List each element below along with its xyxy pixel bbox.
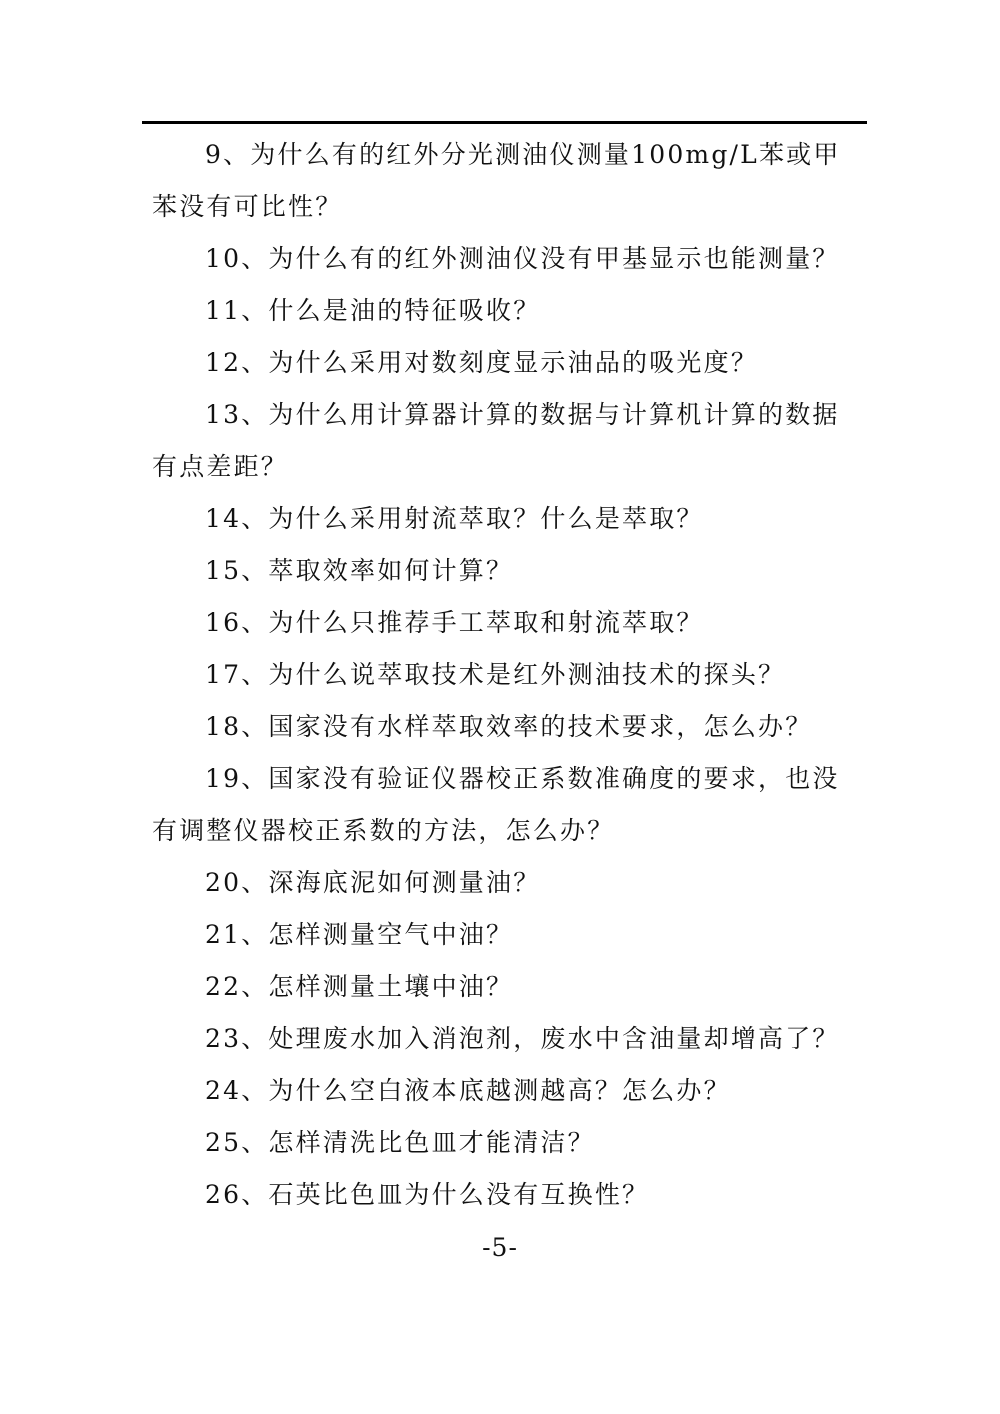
header-rule — [142, 121, 867, 124]
document-page: 9、为什么有的红外分光测油仪测量100mg/L苯或甲苯没有可比性？ 10、为什么… — [0, 0, 1000, 1414]
question-26: 26、石英比色皿为什么没有互换性？ — [152, 1169, 864, 1221]
question-23: 23、处理废水加入消泡剂，废水中含油量却增高了？ — [152, 1013, 864, 1065]
question-14: 14、为什么采用射流萃取？什么是萃取？ — [152, 493, 864, 545]
question-13: 13、为什么用计算器计算的数据与计算机计算的数据有点差距？ — [152, 389, 864, 493]
question-15: 15、萃取效率如何计算？ — [152, 545, 864, 597]
question-19: 19、国家没有验证仪器校正系数准确度的要求，也没有调整仪器校正系数的方法，怎么办… — [152, 753, 864, 857]
question-9: 9、为什么有的红外分光测油仪测量100mg/L苯或甲苯没有可比性？ — [152, 129, 864, 233]
question-21: 21、怎样测量空气中油？ — [152, 909, 864, 961]
question-11: 11、什么是油的特征吸收？ — [152, 285, 864, 337]
question-20: 20、深海底泥如何测量油？ — [152, 857, 864, 909]
question-17: 17、为什么说萃取技术是红外测油技术的探头？ — [152, 649, 864, 701]
page-number: -5- — [0, 1233, 1000, 1263]
question-10: 10、为什么有的红外测油仪没有甲基显示也能测量？ — [152, 233, 864, 285]
question-18: 18、国家没有水样萃取效率的技术要求，怎么办？ — [152, 701, 864, 753]
question-25: 25、怎样清洗比色皿才能清洁？ — [152, 1117, 864, 1169]
question-12: 12、为什么采用对数刻度显示油品的吸光度？ — [152, 337, 864, 389]
question-22: 22、怎样测量土壤中油？ — [152, 961, 864, 1013]
question-16: 16、为什么只推荐手工萃取和射流萃取？ — [152, 597, 864, 649]
question-24: 24、为什么空白液本底越测越高？怎么办？ — [152, 1065, 864, 1117]
question-list: 9、为什么有的红外分光测油仪测量100mg/L苯或甲苯没有可比性？ 10、为什么… — [152, 129, 864, 1221]
